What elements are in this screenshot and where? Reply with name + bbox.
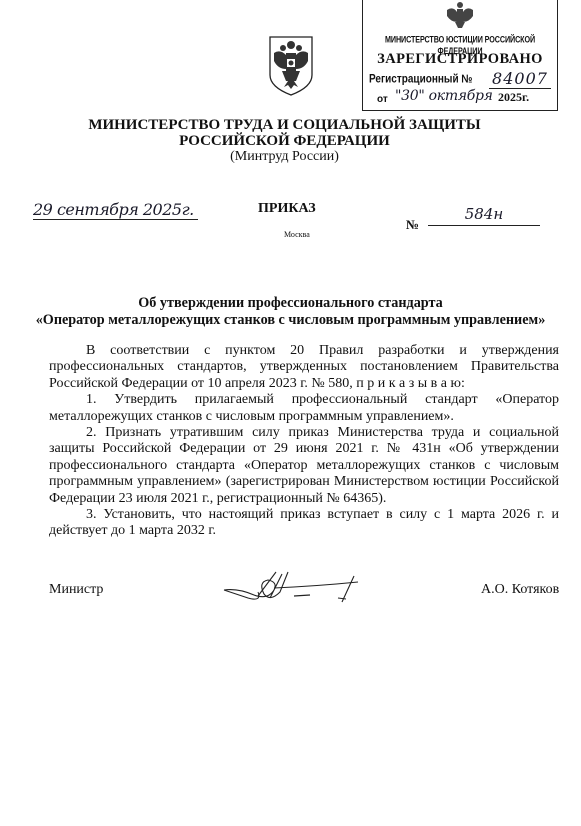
order-subject: Об утверждении профессионального стандар… [0,295,581,329]
order-number-sign: № [406,217,419,233]
ministry-short-name: (Минтруд России) [0,149,575,165]
subject-line1: Об утверждении профессионального стандар… [0,295,581,312]
stamp-reg-label: Регистрационный № [369,73,473,86]
stamp-emblem-icon [443,0,477,30]
handwritten-signature-icon [218,568,378,608]
subject-line2: «Оператор металлорежущих станков с число… [0,312,581,329]
stamp-registered-title: ЗАРЕГИСТРИРОВАНО [363,51,557,68]
stamp-date: "30" октября [395,88,493,104]
registration-stamp: МИНИСТЕРСТВО ЮСТИЦИИ РОССИЙСКОЙ ФЕДЕРАЦИ… [362,0,558,111]
order-date: 29 сентября 2025г. [33,200,198,220]
order-number: 584н [428,205,540,226]
signatory-name: А.О. Котяков [481,582,559,598]
clause-1: 1. Утвердить прилагаемый профессиональны… [49,392,559,425]
ministry-name-line1: МИНИСТЕРСТВО ТРУДА И СОЦИАЛЬНОЙ ЗАЩИТЫ [0,117,575,134]
signatory-role: Министр [49,582,103,598]
stamp-reg-number: 84007 [489,69,551,89]
ministry-name-line2: РОССИЙСКОЙ ФЕДЕРАЦИИ [0,133,575,150]
preamble-paragraph: В соответствии с пунктом 20 Правил разра… [49,343,559,392]
stamp-from-label: от [377,94,388,105]
order-city: Москва [284,230,310,239]
stamp-year: 2025г. [498,90,529,105]
coat-of-arms-icon [266,35,316,97]
clause-3: 3. Установить, что настоящий приказ всту… [49,507,559,540]
order-body: В соответствии с пунктом 20 Правил разра… [49,343,559,540]
order-title: ПРИКАЗ [258,201,316,217]
clause-2: 2. Признать утратившим силу приказ Минис… [49,425,559,507]
